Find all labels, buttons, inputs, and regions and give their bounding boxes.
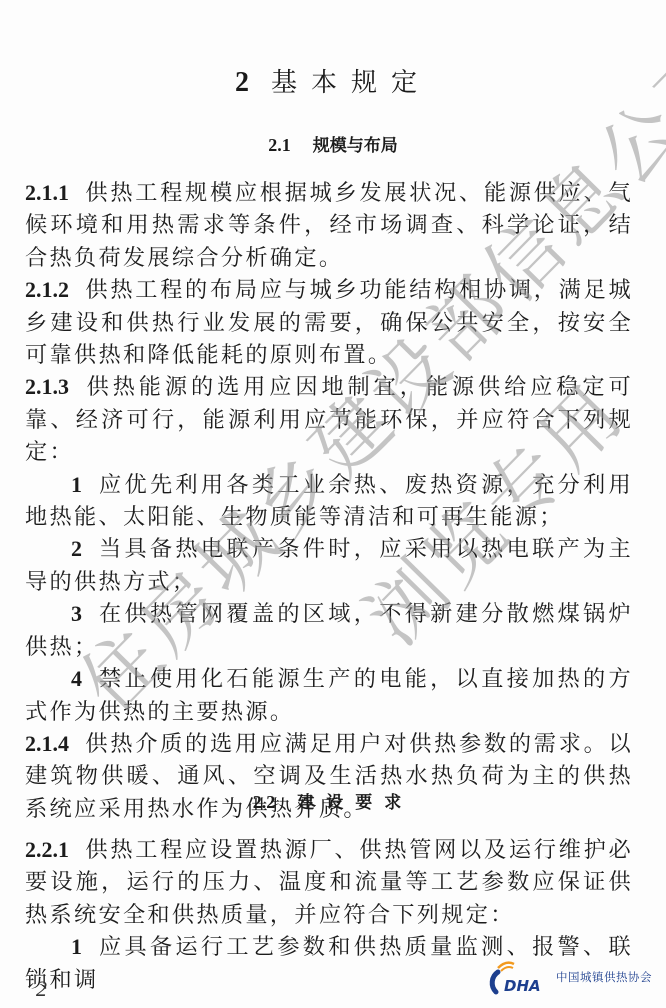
section-heading-2-1: 2.1规模与布局 [0,131,666,156]
cdha-logo-icon: DHA [484,958,554,998]
clause-number: 2.1.4 [25,731,69,756]
clause-text: 供热工程应设置热源厂、供热管网以及运行维护必要设施，运行的压力、温度和流量等工艺… [25,837,633,928]
clause-2-2-1: 2.2.1供热工程应设置热源厂、供热管网以及运行维护必要设施，运行的压力、温度和… [25,834,633,931]
clause-text: 供热工程的布局应与城乡功能结构相协调，满足城乡建设和供热行业发展的需要，确保公共… [25,277,633,368]
clause-number: 2.1.2 [25,277,69,302]
clause-text: 供热能源的选用应因地制宜，能源供给应稳定可靠、经济可行，能源利用应节能环保，并应… [25,374,633,465]
item-text: 应优先利用各类工业余热、废热资源，充分利用地热能、太阳能、生物质能等清洁和可再生… [25,472,633,530]
item-text: 当具备热电联产条件时，应采用以热电联产为主导的供热方式； [25,536,633,594]
section-title-text: 建设要求 [297,793,413,813]
item-number: 4 [71,666,82,691]
document-page: 2基本规定 2.1规模与布局 2.1.1供热工程规模应根据城乡发展状况、能源供应… [0,0,666,1008]
clause-2-1-2: 2.1.2供热工程的布局应与城乡功能结构相协调，满足城乡建设和供热行业发展的需要… [25,274,633,371]
chapter-title: 2基本规定 [0,62,666,99]
section-2-1-body: 2.1.1供热工程规模应根据城乡发展状况、能源供应、气候环境和用热需求等条件，经… [25,177,633,825]
clause-number: 2.1.3 [25,374,69,399]
section-number: 2.1 [268,135,291,155]
item-text: 禁止使用化石能源生产的电能，以直接加热的方式作为供热的主要热源。 [25,666,633,724]
item-number: 3 [71,601,82,626]
item-number: 1 [71,934,82,959]
svg-text:DHA: DHA [504,977,541,995]
page-number: 2 [36,976,47,1002]
list-item: 3在供热管网覆盖的区域，不得新建分散燃煤锅炉供热； [25,598,633,663]
item-number: 1 [71,472,82,497]
logo-org-name: 中国城镇供热协会 [556,969,652,985]
item-text: 在供热管网覆盖的区域，不得新建分散燃煤锅炉供热； [25,601,633,659]
section-heading-2-2: 2.2建设要求 [0,788,666,813]
item-number: 2 [71,536,82,561]
clause-number: 2.1.1 [25,180,69,205]
list-item: 1应优先利用各类工业余热、废热资源，充分利用地热能、太阳能、生物质能等清洁和可再… [25,469,633,534]
clause-2-1-1: 2.1.1供热工程规模应根据城乡发展状况、能源供应、气候环境和用热需求等条件，经… [25,177,633,274]
section-number: 2.2 [253,792,276,812]
cdha-logo: DHA 中国城镇供热协会 [484,958,664,998]
section-title-text: 规模与布局 [313,136,398,156]
chapter-number: 2 [235,67,249,98]
clause-number: 2.2.1 [25,837,69,862]
chapter-title-text: 基本规定 [271,68,431,98]
list-item: 4禁止使用化石能源生产的电能，以直接加热的方式作为供热的主要热源。 [25,663,633,728]
clause-2-1-3: 2.1.3供热能源的选用应因地制宜，能源供给应稳定可靠、经济可行，能源利用应节能… [25,371,633,468]
clause-text: 供热工程规模应根据城乡发展状况、能源供应、气候环境和用热需求等条件，经市场调查、… [25,180,633,271]
list-item: 2当具备热电联产条件时，应采用以热电联产为主导的供热方式； [25,533,633,598]
